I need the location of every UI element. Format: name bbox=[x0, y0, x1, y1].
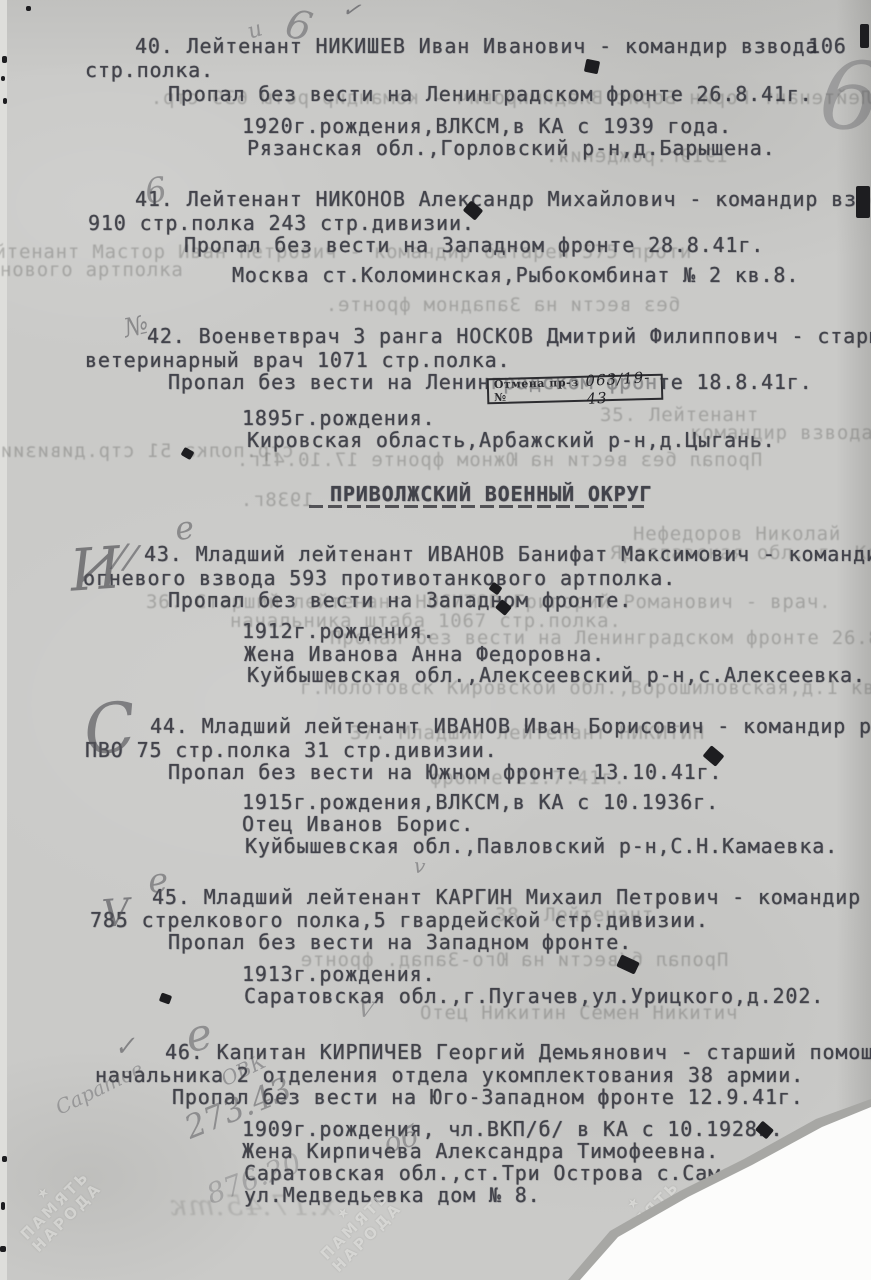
cancellation-stamp: Отмена пр-з № 063/19-43 bbox=[487, 374, 664, 405]
entry-45-line-2: 785 стрелкового полка,5 гвардейской стр.… bbox=[90, 909, 709, 931]
entry-40-line-2: стр.полка. bbox=[85, 59, 214, 81]
entry-43-relative-line: Жена Иванова Анна Федоровна. bbox=[244, 643, 605, 665]
scan-speck bbox=[3, 98, 7, 104]
stamp-number-handwritten: 063/19-43 bbox=[585, 367, 662, 408]
archive-watermark: ★ ПАМЯТЬ НАРОДА bbox=[5, 1155, 105, 1255]
entry-43-missing-line: Пропал без вести на Западном фронте. bbox=[168, 589, 632, 611]
pencil-checkmark: V bbox=[357, 999, 375, 1023]
entry-45-birth-line: 1913г.рождения. bbox=[242, 963, 435, 985]
entry-40-missing-line: Пропал без вести на Ленинградском фронте… bbox=[168, 83, 813, 105]
scan-edge-blob bbox=[860, 24, 869, 48]
bleedthrough-line: без вести на Западном фронте. bbox=[325, 295, 680, 316]
entry-44-missing-line: Пропал без вести на Южном фронте 13.10.4… bbox=[168, 761, 722, 783]
document-page: Лейтенант Горин Борис Владимирович - ком… bbox=[0, 0, 871, 1280]
pencil-figure: 6 bbox=[142, 172, 169, 209]
bleedthrough-line: Пропал без вести на Южном фронте 17.10.4… bbox=[236, 450, 762, 471]
entry-45-missing-line: Пропал без вести на Западном фронте. bbox=[168, 931, 632, 953]
pencil-letter-e: е bbox=[146, 863, 170, 899]
scan-speck bbox=[0, 1246, 6, 1252]
entry-41-line-2: 910 стр.полка 243 стр.дивизии. bbox=[88, 212, 475, 234]
entry-46-line-2: начальника 2 отделения отдела укомплекто… bbox=[95, 1064, 804, 1086]
entry-43-line-2: огневого взвода 593 противотанкового арт… bbox=[83, 567, 676, 589]
scan-speck bbox=[26, 6, 31, 11]
bleedthrough-line: 1938г. bbox=[240, 490, 313, 511]
scan-speck bbox=[1, 76, 5, 81]
scan-left-edge bbox=[0, 0, 7, 1280]
entry-45-line-1: 45. Младший лейтенант КАРГИН Михаил Петр… bbox=[152, 886, 871, 908]
ink-blob bbox=[584, 59, 600, 75]
torn-corner bbox=[560, 1085, 871, 1280]
scan-speck bbox=[1, 1202, 5, 1210]
entry-41-address-line: Москва ст.Коломинская,Рыбокомбинат № 2 к… bbox=[232, 264, 799, 286]
entry-44-birth-line: 1915г.рождения,ВЛКСМ,в КА с 10.1936г. bbox=[242, 791, 719, 813]
bleedthrough-line: нового артполка bbox=[0, 260, 184, 281]
entry-44-relative-line: Отец Иванов Борис. bbox=[242, 813, 474, 835]
entry-43-line-1: 43. Младший лейтенант ИВАНОВ Банифат Мак… bbox=[144, 543, 871, 565]
entry-43-birth-line: 1912г.рождения. bbox=[242, 620, 435, 642]
pencil-figure-right-edge: 6 bbox=[815, 47, 871, 148]
entry-42-birth-line: 1895г.рождения. bbox=[242, 407, 435, 429]
entry-40-line-1: 40. Лейтенант НИКИШЕВ Иван Иванович - ко… bbox=[135, 35, 818, 57]
entry-41-missing-line: Пропал без вести на Западном фронте 28.8… bbox=[184, 234, 764, 256]
entry-44-line-2: ПВО 75 стр.полка 31 стр.дивизии. bbox=[85, 739, 498, 761]
pencil-number-sign: № bbox=[122, 312, 151, 343]
stamp-label: Отмена пр-з № bbox=[494, 376, 583, 404]
entry-46-line-1: 46. Капитан КИРПИЧЕВ Георгий Демьянович … bbox=[165, 1041, 871, 1063]
pencil-checkmark: v bbox=[413, 855, 426, 876]
entry-45-address-line: Саратовская обл.,г.Пугачев,ул.Урицкого,д… bbox=[244, 985, 824, 1007]
entry-44-address-line: Куйбышевская обл.,Павловский р-н,С.Н.Кам… bbox=[245, 835, 838, 857]
pencil-double-slash: // bbox=[112, 539, 139, 576]
pencil-checkmark: ✓ bbox=[340, 0, 362, 23]
pencil-letter-s: С bbox=[81, 693, 140, 766]
scan-speck bbox=[2, 56, 7, 63]
entry-40-address-line: Рязанская обл.,Горловский р-н,д.Барышена… bbox=[247, 137, 776, 159]
header-underline bbox=[309, 505, 644, 508]
pencil-checkmark: V bbox=[101, 893, 131, 933]
section-header-military-district: ПРИВОЛЖСКИЙ ВОЕННЫЙ ОКРУГ bbox=[330, 483, 652, 505]
ink-blob bbox=[159, 992, 172, 1004]
entry-44-line-1: 44. Младший лейтенант ИВАНОВ Иван Борисо… bbox=[150, 715, 871, 737]
entry-43-address-line: Куйбышевская обл.,Алексеевский р-н,с.Але… bbox=[247, 664, 866, 686]
entry-42-line-2: ветеринарный врач 1071 стр.полка. bbox=[85, 349, 510, 371]
scan-speck bbox=[2, 1156, 7, 1162]
entry-41-line-1: 41. Лейтенант НИКОНОВ Александр Михайлов… bbox=[135, 188, 871, 210]
pencil-letter-e: е bbox=[173, 511, 196, 545]
entry-42-address-line: Кировская область,Арбажский р-н,д.Цыгань… bbox=[247, 429, 776, 451]
entry-40-birth-line: 1920г.рождения,ВЛКСМ,в КА с 1939 года. bbox=[242, 115, 732, 137]
scan-edge-blob bbox=[856, 186, 870, 218]
entry-42-line-1: 42. Военветврач 3 ранга НОСКОВ Дмитрий Ф… bbox=[147, 325, 871, 347]
